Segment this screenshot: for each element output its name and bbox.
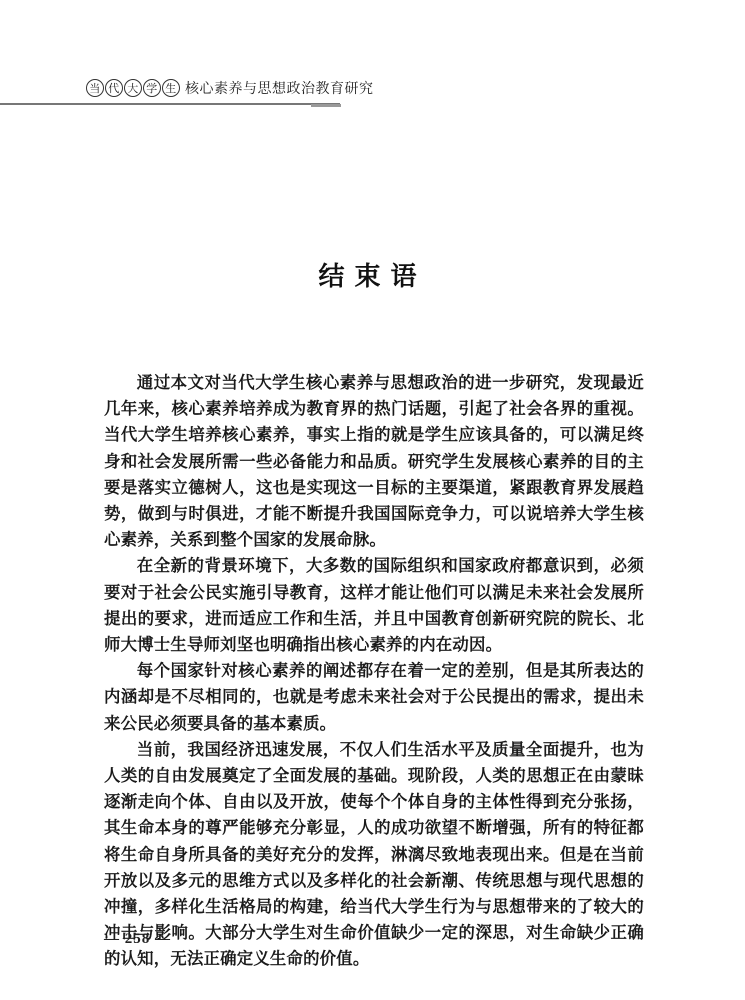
book-title: 当 代 大 学 生 核心素养与思想政治教育研究 [86,78,374,98]
header-accent-bar [311,104,341,107]
running-header: 当 代 大 学 生 核心素养与思想政治教育研究 [0,74,745,110]
paragraph: 当前，我国经济迅速发展，不仅人们生活水平及质量全面提升，也为人类的自由发展奠定了… [104,737,644,973]
header-rule [0,103,340,105]
book-subtitle: 核心素养与思想政治教育研究 [185,78,374,98]
chapter-title: 结束语 [0,256,745,293]
paragraph: 通过本文对当代大学生核心素养与思想政治的进一步研究，发现最近几年来，核心素养培养… [104,370,644,553]
paragraph: 在全新的背景环境下，大多数的国际组织和国家政府都意识到，必须要对于社会公民实施引… [104,553,644,658]
paragraph: 每个国家针对核心素养的阐述都存在着一定的差别，但是其所表达的内涵却是不尽相同的，… [104,658,644,737]
circled-char: 学 [143,79,161,97]
circled-char: 当 [86,79,104,97]
page-number: — 258 — [104,931,171,948]
body-text: 通过本文对当代大学生核心素养与思想政治的进一步研究，发现最近几年来，核心素养培养… [104,370,644,973]
circled-char: 大 [124,79,142,97]
circled-char: 生 [162,79,180,97]
circled-char: 代 [105,79,123,97]
